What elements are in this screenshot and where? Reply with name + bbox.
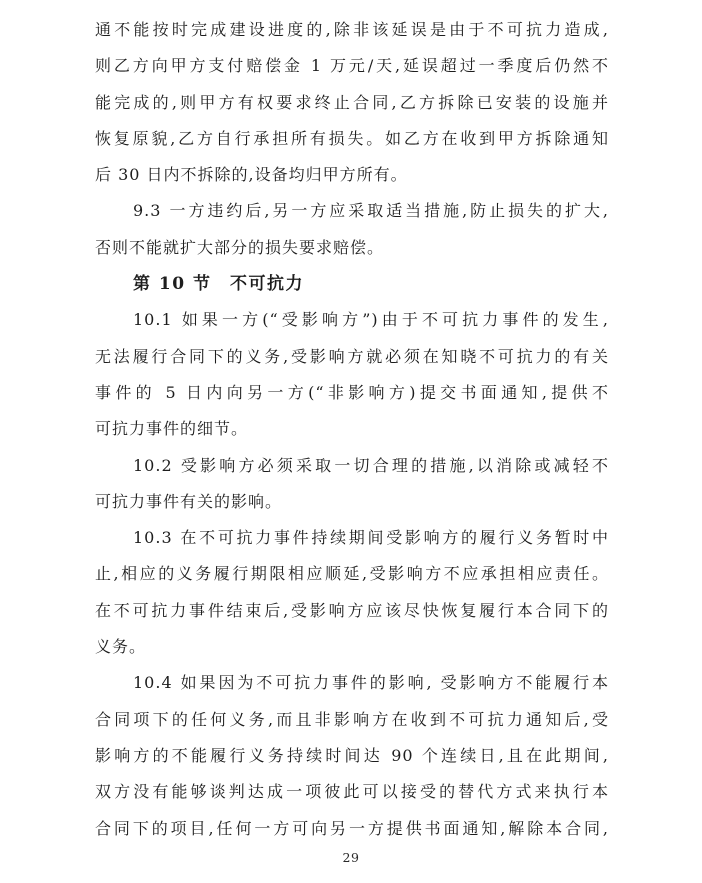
text-line: 影响方的不能履行义务持续时间达 90 个连续日,且在此期间,	[95, 738, 609, 774]
section-heading: 第 10 节 不可抗力	[95, 266, 609, 302]
text-line: 在不可抗力事件结束后,受影响方应该尽快恢复履行本合同下的	[95, 593, 609, 629]
text-line: 可抗力事件有关的影响。	[95, 484, 609, 520]
text-line: 事件的 5 日内向另一方(“非影响方)提交书面通知,提供不	[95, 375, 609, 411]
text-line: 则乙方向甲方支付赔偿金 1 万元/天,延误超过一季度后仍然不	[95, 48, 609, 84]
text-line: 无法履行合同下的义务,受影响方就必须在知晓不可抗力的有关	[95, 339, 609, 375]
text-line: 止,相应的义务履行期限相应顺延,受影响方不应承担相应责任。	[95, 556, 609, 592]
text-line: 否则不能就扩大部分的损失要求赔偿。	[95, 230, 609, 266]
page-number-footer: 29	[0, 850, 702, 865]
document-page: 通不能按时完成建设进度的,除非该延误是由于不可抗力造成,则乙方向甲方支付赔偿金 …	[0, 0, 702, 883]
text-line: 10.3 在不可抗力事件持续期间受影响方的履行义务暂时中	[95, 520, 609, 556]
text-line: 后 30 日内不拆除的,设备均归甲方所有。	[95, 157, 609, 193]
text-line: 10.1 如果一方(“受影响方”)由于不可抗力事件的发生,	[95, 302, 609, 338]
text-line: 合同下的项目,任何一方可向另一方提供书面通知,解除本合同,	[95, 811, 609, 847]
text-line: 可抗力事件的细节。	[95, 411, 609, 447]
text-line: 10.4 如果因为不可抗力事件的影响, 受影响方不能履行本	[95, 665, 609, 701]
text-line: 恢复原貌,乙方自行承担所有损失。如乙方在收到甲方拆除通知	[95, 121, 609, 157]
text-line: 义务。	[95, 629, 609, 665]
text-line: 双方没有能够谈判达成一项彼此可以接受的替代方式来执行本	[95, 774, 609, 810]
text-line: 9.3 一方违约后,另一方应采取适当措施,防止损失的扩大,	[95, 193, 609, 229]
contract-text: 通不能按时完成建设进度的,除非该延误是由于不可抗力造成,则乙方向甲方支付赔偿金 …	[95, 12, 609, 847]
text-line: 合同项下的任何义务,而且非影响方在收到不可抗力通知后,受	[95, 702, 609, 738]
text-line: 通不能按时完成建设进度的,除非该延误是由于不可抗力造成,	[95, 12, 609, 48]
text-line: 10.2 受影响方必须采取一切合理的措施,以消除或减轻不	[95, 448, 609, 484]
text-line: 能完成的,则甲方有权要求终止合同,乙方拆除已安装的设施并	[95, 85, 609, 121]
